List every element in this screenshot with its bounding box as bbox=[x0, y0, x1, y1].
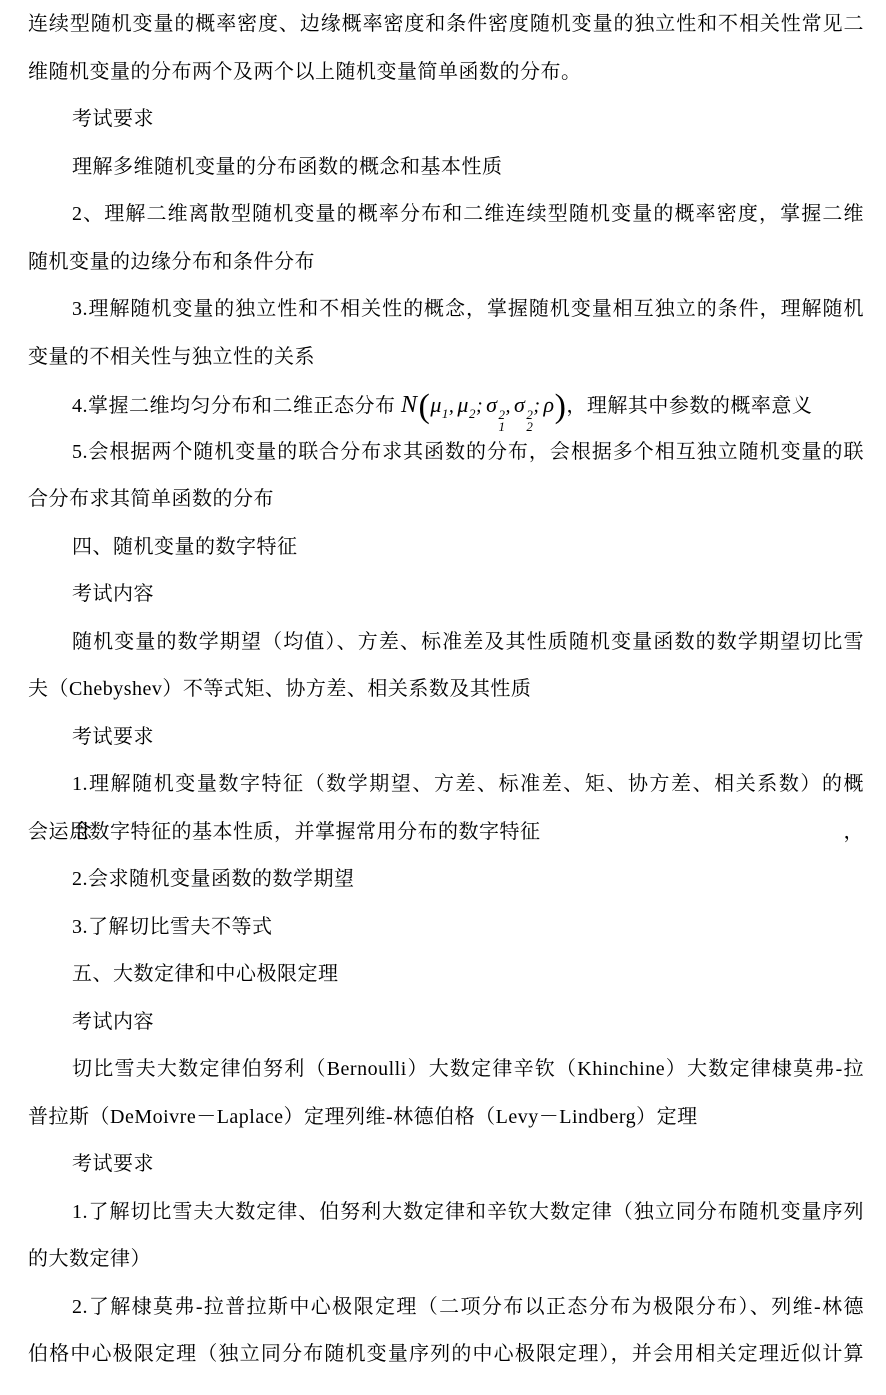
paragraph-line: 夫（Chebyshev）不等式矩、协方差、相关系数及其性质 bbox=[28, 666, 864, 714]
paragraph-line: 理解多维随机变量的分布函数的概念和基本性质 bbox=[28, 144, 864, 192]
formula-mu1-sub: 1 bbox=[442, 406, 449, 421]
exam-requirements-label: 考试要求 bbox=[28, 714, 864, 762]
exam-content-label: 考试内容 bbox=[28, 999, 864, 1047]
section-heading-four: 四、随机变量的数字特征 bbox=[28, 524, 864, 572]
paragraph-line: 随机变量的边缘分布和条件分布 bbox=[28, 239, 864, 287]
paragraph-line: 伯格中心极限定理（独立同分布随机变量序列的中心极限定理），并会用相关定理近似计算 bbox=[28, 1331, 864, 1379]
paragraph-line: 维随机变量的分布两个及两个以上随机变量简单函数的分布。 bbox=[28, 49, 864, 97]
list-item-3: 3.了解切比雪夫不等式 bbox=[28, 904, 864, 952]
list-item-3: 3.理解随机变量的独立性和不相关性的概念，掌握随机变量相互独立的条件，理解随机 bbox=[28, 286, 864, 334]
paragraph-line: 普拉斯（DeMoivre－Laplace）定理列维-林德伯格（Levy－Lind… bbox=[28, 1094, 864, 1142]
formula-separator: , bbox=[505, 395, 511, 417]
formula-sigma2: σ bbox=[514, 392, 525, 417]
exam-content-label: 考试内容 bbox=[28, 571, 864, 619]
paragraph-line: 切比雪夫大数定律伯努利（Bernoulli）大数定律辛钦（Khinchine）大… bbox=[28, 1046, 864, 1094]
document-page: 连续型随机变量的概率密度、边缘概率密度和条件密度随机变量的独立性和不相关性常见二… bbox=[0, 0, 886, 1379]
list-item-2: 2、理解二维离散型随机变量的概率分布和二维连续型随机变量的概率密度，掌握二维 bbox=[28, 191, 864, 239]
exam-requirements-label: 考试要求 bbox=[28, 1141, 864, 1189]
formula-separator: ; bbox=[476, 395, 483, 417]
list-item-2: 2.了解棣莫弗-拉普拉斯中心极限定理（二项分布以正态分布为极限分布）、列维-林德 bbox=[28, 1284, 864, 1332]
formula-function-n: N bbox=[401, 392, 418, 418]
formula-separator: , bbox=[449, 395, 455, 417]
exam-requirements-label: 考试要求 bbox=[28, 96, 864, 144]
list-item-5: 5.会根据两个随机变量的联合分布求其函数的分布，会根据多个相互独立随机变量的联 bbox=[28, 429, 864, 477]
list-item-4-formula-line: 4.掌握二维均匀分布和二维正态分布 N(μ1,μ2;σ21,σ22;ρ)，理解其… bbox=[28, 381, 864, 429]
paragraph-line: 合分布求其简单函数的分布 bbox=[28, 476, 864, 524]
formula-close-paren: ) bbox=[555, 388, 567, 425]
formula-mu2-sub: 2 bbox=[469, 406, 476, 421]
section-heading-five: 五、大数定律和中心极限定理 bbox=[28, 951, 864, 999]
formula-separator: ; bbox=[533, 395, 540, 417]
formula-mu2: μ bbox=[457, 392, 469, 417]
list-item-1: 1.了解切比雪夫大数定律、伯努利大数定律和辛钦大数定律（独立同分布随机变量序列 bbox=[28, 1189, 864, 1237]
normal-distribution-formula: N(μ1,μ2;σ21,σ22;ρ) bbox=[401, 395, 566, 417]
paragraph-line: 的大数定律） bbox=[28, 1236, 864, 1284]
formula-rho: ρ bbox=[544, 392, 555, 417]
paragraph-line: 连续型随机变量的概率密度、边缘概率密度和条件密度随机变量的独立性和不相关性常见二 bbox=[28, 1, 864, 49]
list-item-2: 2.会求随机变量函数的数学期望 bbox=[28, 856, 864, 904]
list-item-1: 1.理解随机变量数字特征（数学期望、方差、标准差、矩、协方差、相关系数）的概念， bbox=[28, 761, 864, 809]
formula-mu1: μ bbox=[430, 392, 442, 417]
paragraph-line: 变量的不相关性与独立性的关系 bbox=[28, 334, 864, 382]
formula-prefix-text: 4.掌握二维均匀分布和二维正态分布 bbox=[72, 395, 401, 417]
paragraph-line: 随机变量的数学期望（均值）、方差、标准差及其性质随机变量函数的数学期望切比雪 bbox=[28, 619, 864, 667]
formula-open-paren: ( bbox=[419, 388, 431, 425]
formula-suffix-text: ，理解其中参数的概率意义 bbox=[566, 395, 812, 417]
formula-sigma1: σ bbox=[486, 392, 497, 417]
